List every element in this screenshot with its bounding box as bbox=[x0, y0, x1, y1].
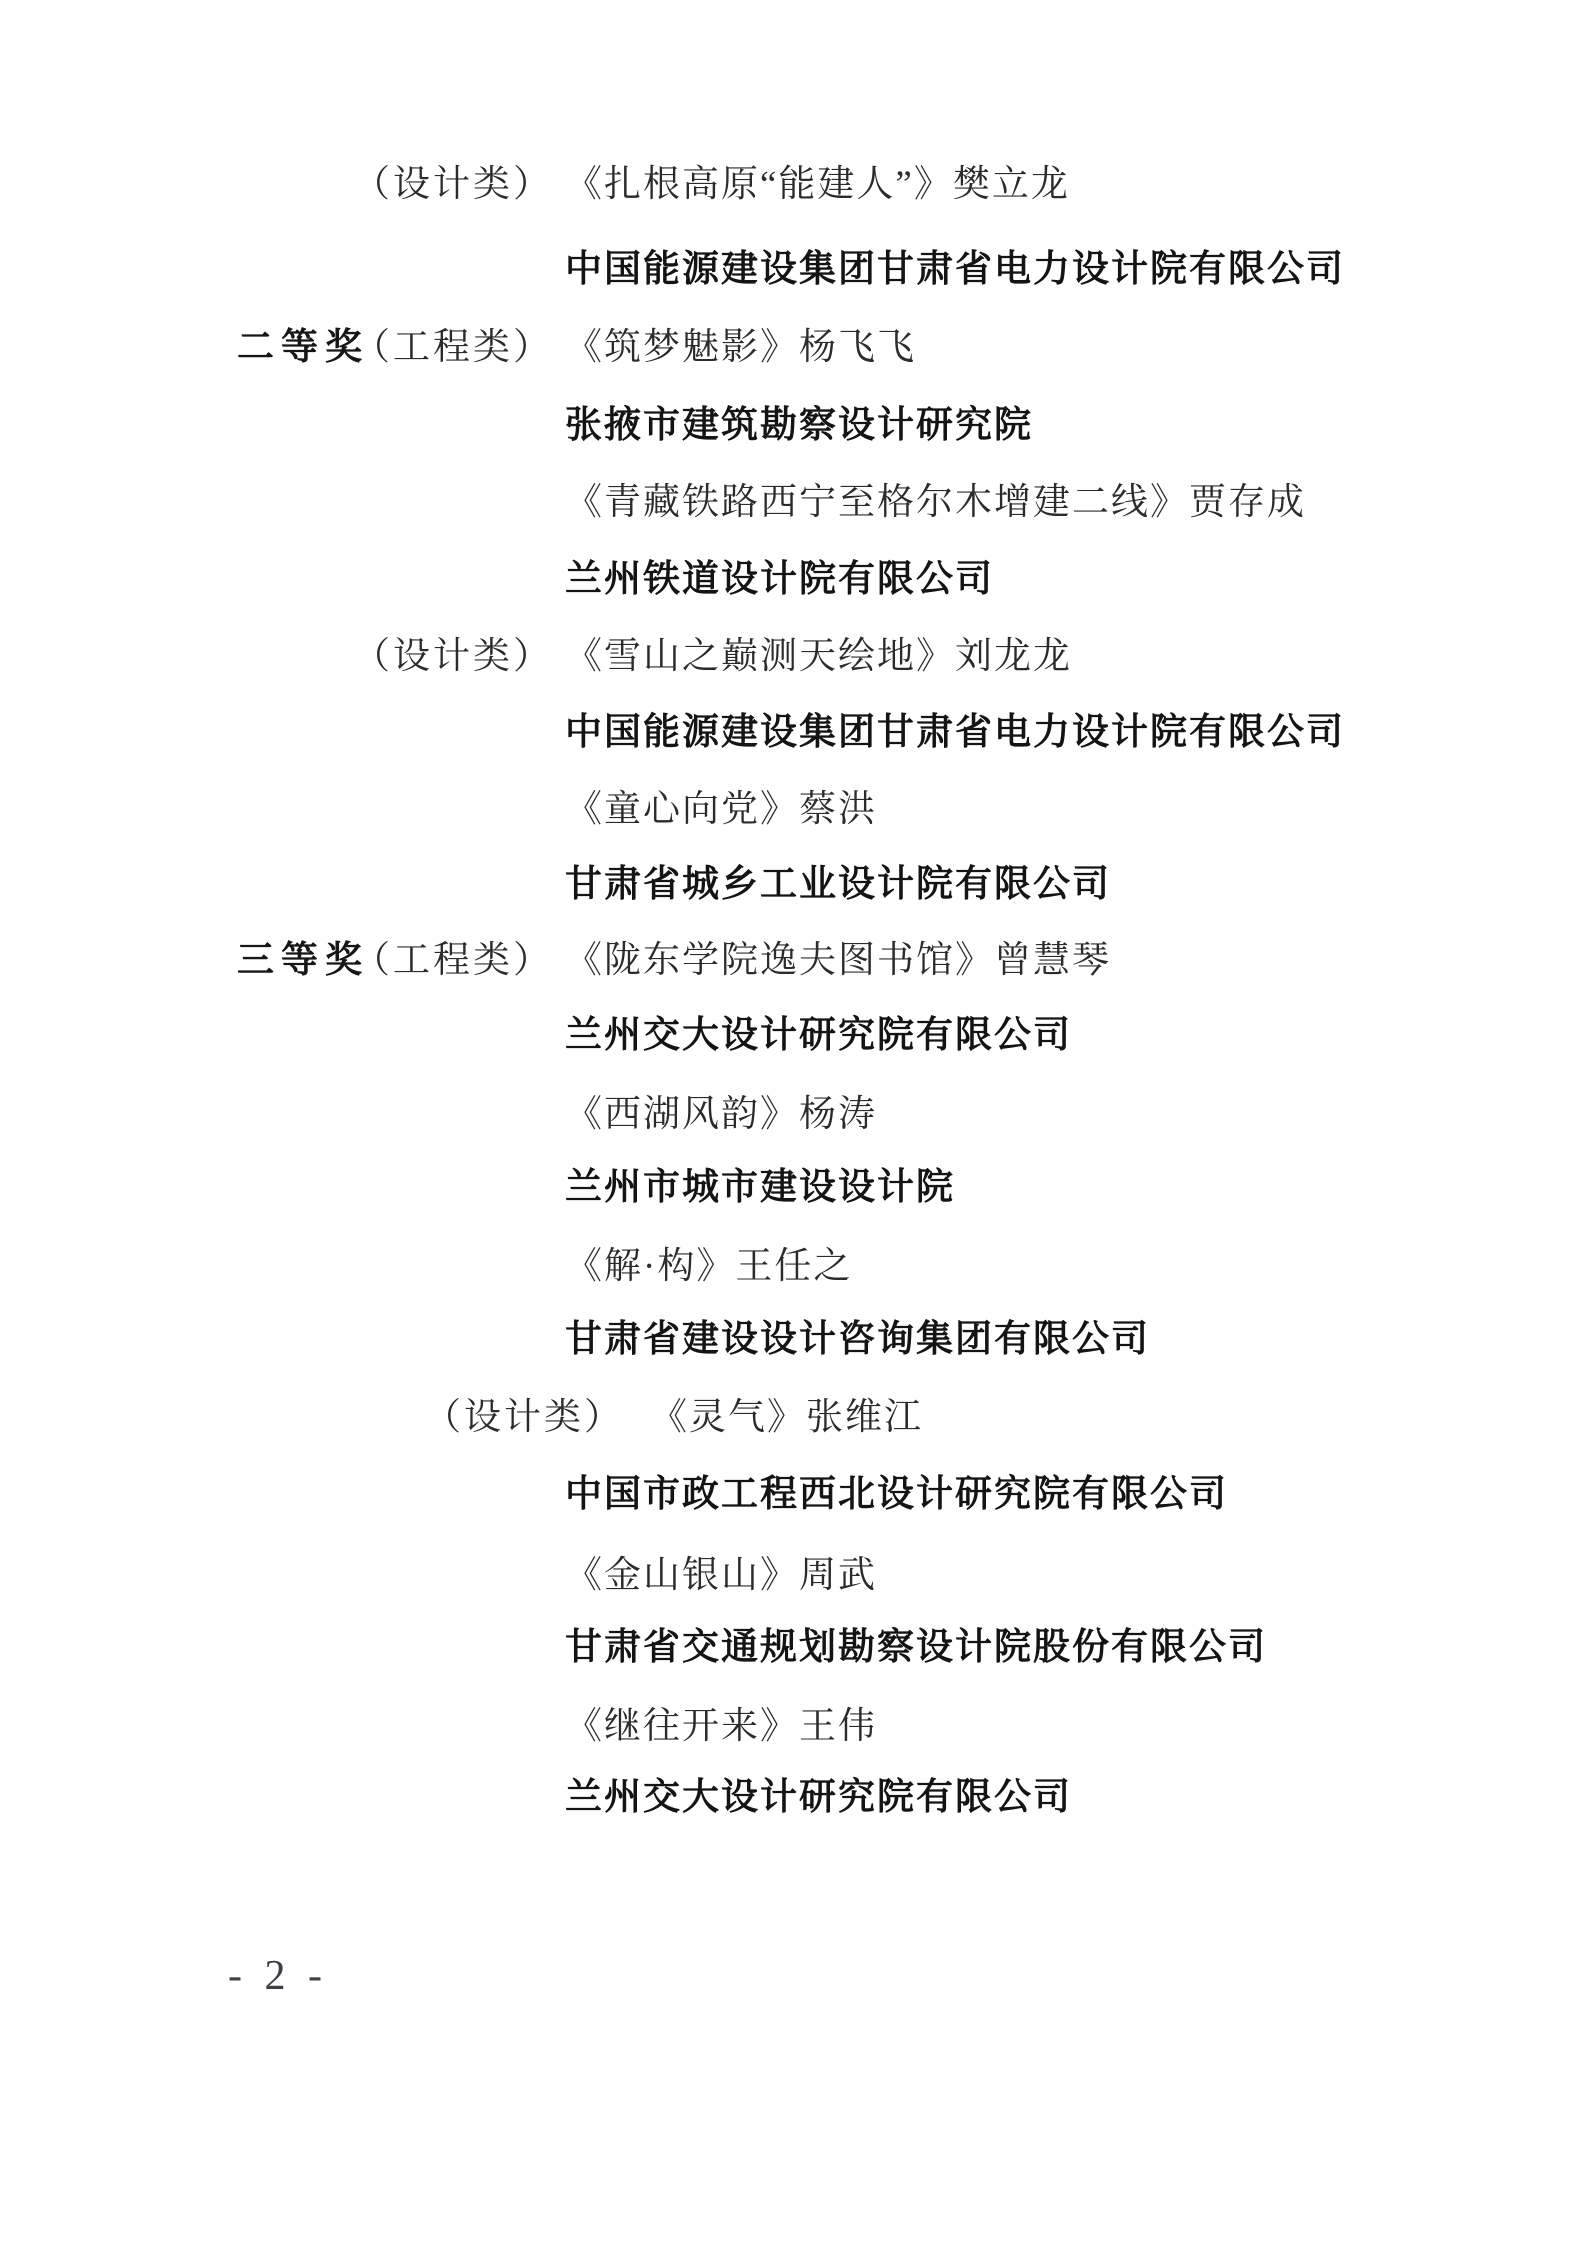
category-label: （设计类） bbox=[424, 1398, 624, 1438]
award-line: 二等奖 （工程类） 《筑梦魅影》杨飞飞 bbox=[0, 328, 1587, 372]
award-line: 中国市政工程西北设计研究院有限公司 bbox=[0, 1475, 1587, 1519]
entry-title-text: 《金山银山》周武 bbox=[565, 1556, 877, 1596]
company-text: 甘肃省交通规划勘察设计院股份有限公司 bbox=[565, 1628, 1267, 1668]
award-line: 《青藏铁路西宁至格尔木增建二线》贾存成 bbox=[0, 483, 1587, 527]
page-number: - 2 - bbox=[228, 1952, 328, 2000]
entry-title-text: 《扎根高原“能建人”》樊立龙 bbox=[565, 165, 1070, 205]
company-text: 张掖市建筑勘察设计研究院 bbox=[565, 406, 1033, 446]
award-line: 《解·构》王任之 bbox=[0, 1247, 1587, 1291]
award-line: 《继往开来》王伟 bbox=[0, 1707, 1587, 1751]
category-label: （设计类） bbox=[353, 165, 553, 205]
entry-title-text: 《灵气》张维江 bbox=[650, 1398, 923, 1438]
award-line: 张掖市建筑勘察设计研究院 bbox=[0, 406, 1587, 450]
award-line: 中国能源建设集团甘肃省电力设计院有限公司 bbox=[0, 250, 1587, 294]
award-line: 中国能源建设集团甘肃省电力设计院有限公司 bbox=[0, 713, 1587, 757]
entry-title-text: 《西湖风韵》杨涛 bbox=[565, 1095, 877, 1135]
company-text: 兰州交大设计研究院有限公司 bbox=[565, 1016, 1072, 1056]
entry-title-text: 《青藏铁路西宁至格尔木增建二线》贾存成 bbox=[565, 483, 1306, 523]
award-rank-label: 三等奖 bbox=[237, 941, 369, 981]
award-rank-label: 二等奖 bbox=[237, 328, 369, 368]
award-line: 《西湖风韵》杨涛 bbox=[0, 1095, 1587, 1139]
category-label: （工程类） bbox=[353, 941, 553, 981]
document-page: （设计类） 《扎根高原“能建人”》樊立龙 中国能源建设集团甘肃省电力设计院有限公… bbox=[0, 0, 1587, 2244]
category-label: （设计类） bbox=[353, 637, 553, 677]
entry-title-text: 《陇东学院逸夫图书馆》曾慧琴 bbox=[565, 941, 1111, 981]
award-line: （设计类） 《灵气》张维江 bbox=[0, 1398, 1587, 1442]
entry-title-text: 《筑梦魅影》杨飞飞 bbox=[565, 328, 916, 368]
company-text: 兰州铁道设计院有限公司 bbox=[565, 560, 994, 600]
award-line: 兰州交大设计研究院有限公司 bbox=[0, 1778, 1587, 1822]
company-text: 甘肃省建设设计咨询集团有限公司 bbox=[565, 1320, 1150, 1360]
company-text: 中国市政工程西北设计研究院有限公司 bbox=[565, 1475, 1228, 1515]
company-text: 兰州市城市建设设计院 bbox=[565, 1168, 955, 1208]
award-line: （设计类） 《雪山之巅测天绘地》刘龙龙 bbox=[0, 637, 1587, 681]
award-line: 兰州铁道设计院有限公司 bbox=[0, 560, 1587, 604]
award-line: 三等奖 （工程类） 《陇东学院逸夫图书馆》曾慧琴 bbox=[0, 941, 1587, 985]
award-line: 甘肃省城乡工业设计院有限公司 bbox=[0, 865, 1587, 909]
award-line: 兰州交大设计研究院有限公司 bbox=[0, 1016, 1587, 1060]
company-text: 中国能源建设集团甘肃省电力设计院有限公司 bbox=[565, 250, 1345, 290]
category-label: （工程类） bbox=[353, 328, 553, 368]
award-line: 《童心向党》蔡洪 bbox=[0, 790, 1587, 834]
entry-title-text: 《雪山之巅测天绘地》刘龙龙 bbox=[565, 637, 1072, 677]
company-text: 中国能源建设集团甘肃省电力设计院有限公司 bbox=[565, 713, 1345, 753]
company-text: 兰州交大设计研究院有限公司 bbox=[565, 1778, 1072, 1818]
award-line: 兰州市城市建设设计院 bbox=[0, 1168, 1587, 1212]
company-text: 甘肃省城乡工业设计院有限公司 bbox=[565, 865, 1111, 905]
award-line: 甘肃省建设设计咨询集团有限公司 bbox=[0, 1320, 1587, 1364]
entry-title-text: 《童心向党》蔡洪 bbox=[565, 790, 877, 830]
entry-title-text: 《解·构》王任之 bbox=[565, 1247, 852, 1287]
award-line: 甘肃省交通规划勘察设计院股份有限公司 bbox=[0, 1628, 1587, 1672]
entry-title-text: 《继往开来》王伟 bbox=[565, 1707, 877, 1747]
award-line: （设计类） 《扎根高原“能建人”》樊立龙 bbox=[0, 165, 1587, 209]
award-line: 《金山银山》周武 bbox=[0, 1556, 1587, 1600]
